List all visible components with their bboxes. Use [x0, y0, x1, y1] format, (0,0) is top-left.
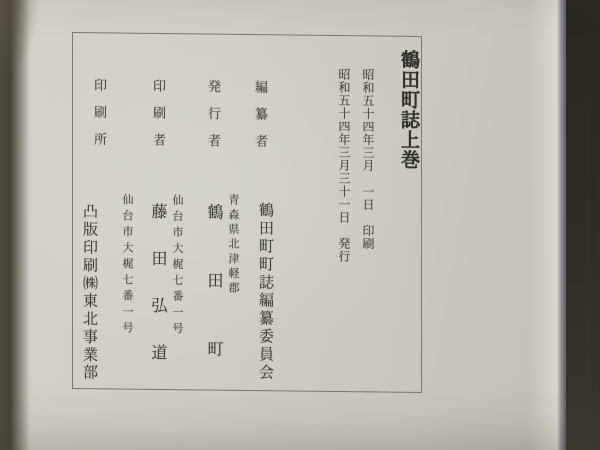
dark-backdrop: [566, 0, 600, 450]
print-date-line: 昭和五十四年三月 一日 印刷: [360, 68, 377, 250]
publisher-name: 鶴田町: [202, 203, 225, 356]
editor-name: 鶴田町町誌編纂委員会: [255, 202, 276, 379]
publish-date-line: 昭和五十四年三月三十一日 発行: [336, 68, 353, 263]
book-title: 鶴田町誌上巻: [395, 50, 422, 170]
publisher-address: 青森県北津軽郡: [225, 194, 241, 293]
printing-office-label: 印刷所: [90, 78, 109, 145]
publisher-label: 発行者: [204, 79, 223, 146]
editor-label: 編纂者: [251, 80, 270, 147]
fore-edge-highlight: [528, 0, 558, 450]
printing-office-name: 凸版印刷㈱東北事業部: [79, 203, 100, 379]
printing-office-address: 仙台市大梶七番一号: [119, 194, 135, 333]
printer-address: 仙台市大梶七番一号: [169, 194, 185, 333]
printer-name: 藤田弘道: [146, 203, 169, 360]
printer-label: 印刷者: [149, 79, 168, 146]
colophon-border-box: 鶴田町誌上巻 昭和五十四年三月 一日 印刷 昭和五十四年三月三十一日 発行 編纂…: [72, 32, 422, 393]
binding-gutter-shadow-top: [0, 0, 40, 80]
book-photo: 鶴田町誌上巻 昭和五十四年三月 一日 印刷 昭和五十四年三月三十一日 発行 編纂…: [0, 0, 600, 450]
